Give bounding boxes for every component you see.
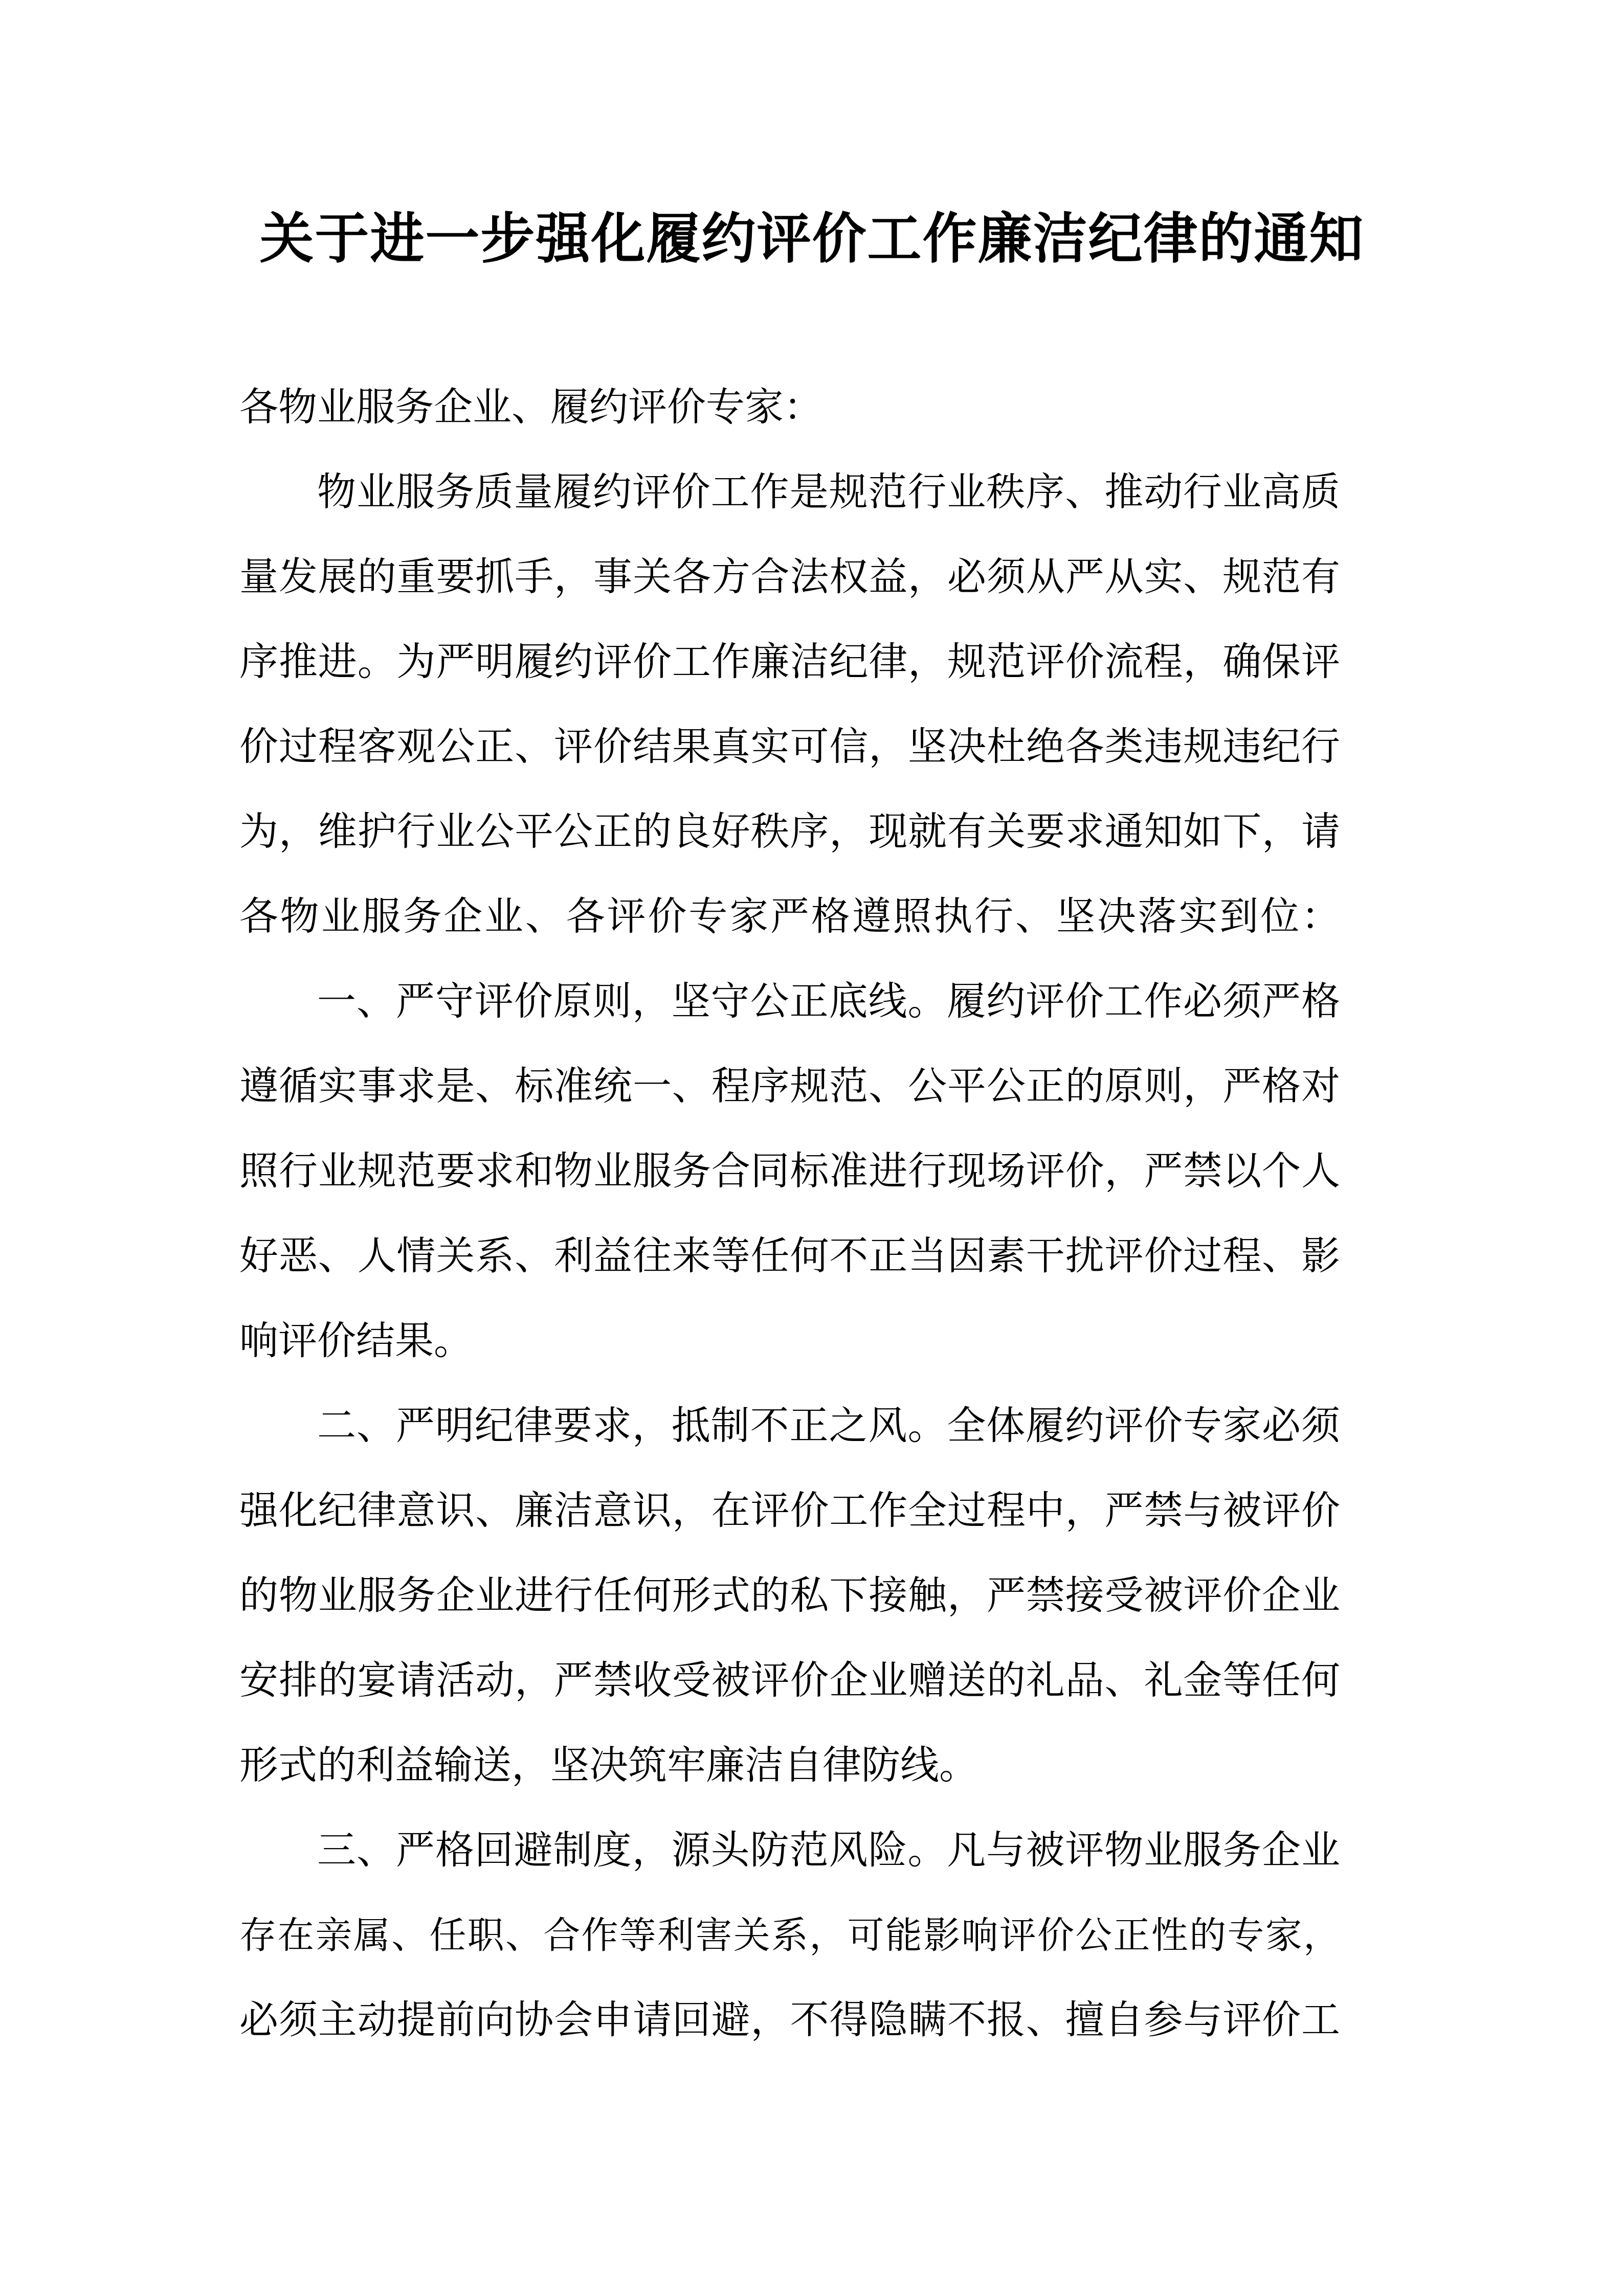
body-line: 的物业服务企业进行任何形式的私下接触，严禁接受被评价企业 <box>239 1554 1340 1638</box>
body-line: 量发展的重要抓手，事关各方合法权益，必须从严从实、规范有 <box>239 535 1340 620</box>
body-line: 强化纪律意识、廉洁意识，在评价工作全过程中，严禁与被评价 <box>239 1469 1340 1554</box>
body-line: 必须主动提前向协会申请回避，不得隐瞒不报、擅自参与评价工 <box>239 1978 1340 2063</box>
body-line: 二、严明纪律要求，抵制不正之风。全体履约评价专家必须 <box>239 1384 1340 1469</box>
body-line: 三、严格回避制度，源头防范风险。凡与被评物业服务企业 <box>239 1808 1340 1893</box>
document-page: 关于进一步强化履约评价工作廉洁纪律的通知 各物业服务企业、履约评价专家：物业服务… <box>0 0 1624 2296</box>
body-line: 各物业服务企业、各评价专家严格遵照执行、坚决落实到位： <box>239 874 1340 959</box>
body-line: 为，维护行业公平公正的良好秩序，现就有关要求通知如下，请 <box>239 790 1340 874</box>
body-line: 响评价结果。 <box>239 1299 1340 1384</box>
document-body: 各物业服务企业、履约评价专家：物业服务质量履约评价工作是规范行业秩序、推动行业高… <box>239 365 1340 2063</box>
body-line: 照行业规范要求和物业服务合同标准进行现场评价，严禁以个人 <box>239 1129 1340 1214</box>
body-line: 一、严守评价原则，坚守公正底线。履约评价工作必须严格 <box>239 959 1340 1044</box>
body-line: 遵循实事求是、标准统一、程序规范、公平公正的原则，严格对 <box>239 1044 1340 1129</box>
body-line: 安排的宴请活动，严禁收受被评价企业赠送的礼品、礼金等任何 <box>239 1638 1340 1723</box>
body-line: 价过程客观公正、评价结果真实可信，坚决杜绝各类违规违纪行 <box>239 705 1340 790</box>
body-line: 物业服务质量履约评价工作是规范行业秩序、推动行业高质 <box>239 450 1340 535</box>
body-line: 序推进。为严明履约评价工作廉洁纪律，规范评价流程，确保评 <box>239 620 1340 705</box>
body-line: 好恶、人情关系、利益往来等任何不正当因素干扰评价过程、影 <box>239 1214 1340 1299</box>
body-line: 形式的利益输送，坚决筑牢廉洁自律防线。 <box>239 1723 1340 1808</box>
body-line: 存在亲属、任职、合作等利害关系，可能影响评价公正性的专家， <box>239 1893 1340 1978</box>
body-line: 各物业服务企业、履约评价专家： <box>239 365 1340 450</box>
document-title: 关于进一步强化履约评价工作廉洁纪律的通知 <box>0 204 1624 275</box>
